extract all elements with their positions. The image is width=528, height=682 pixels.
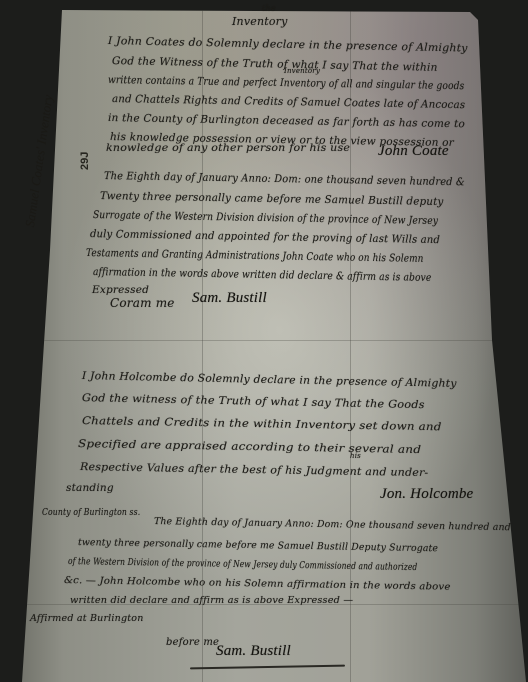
heading-title: Inventory <box>232 15 288 28</box>
signature-jon-holcombe: Jon. Holcombe <box>380 486 473 503</box>
signature-sam-bustill: Sam. Bustill <box>216 643 291 660</box>
signature-sam-bustill: Sam. Bustill <box>192 290 267 307</box>
venue: County of Burlington ss. <box>42 508 140 518</box>
archive-stamp: 29J <box>79 152 91 170</box>
text-line: knowledge of any other person for his us… <box>106 142 350 154</box>
place-affirmed: Affirmed at Burlington <box>30 613 144 624</box>
margin-docket-note: Samuel Coates' Inventory <box>22 94 56 228</box>
attestation-label: before me <box>166 637 219 648</box>
interlineation: Inventory <box>284 67 320 75</box>
heading-article: the <box>262 4 276 13</box>
interlineation: his <box>350 452 361 460</box>
signature-john-coate: John Coate <box>378 143 449 160</box>
text-line: Expressed <box>92 284 149 296</box>
text-line: written did declare and affirm as is abo… <box>70 595 353 606</box>
attestation-label: Coram me <box>110 296 175 310</box>
fold-line <box>30 340 500 341</box>
text-line: standing <box>66 482 114 494</box>
